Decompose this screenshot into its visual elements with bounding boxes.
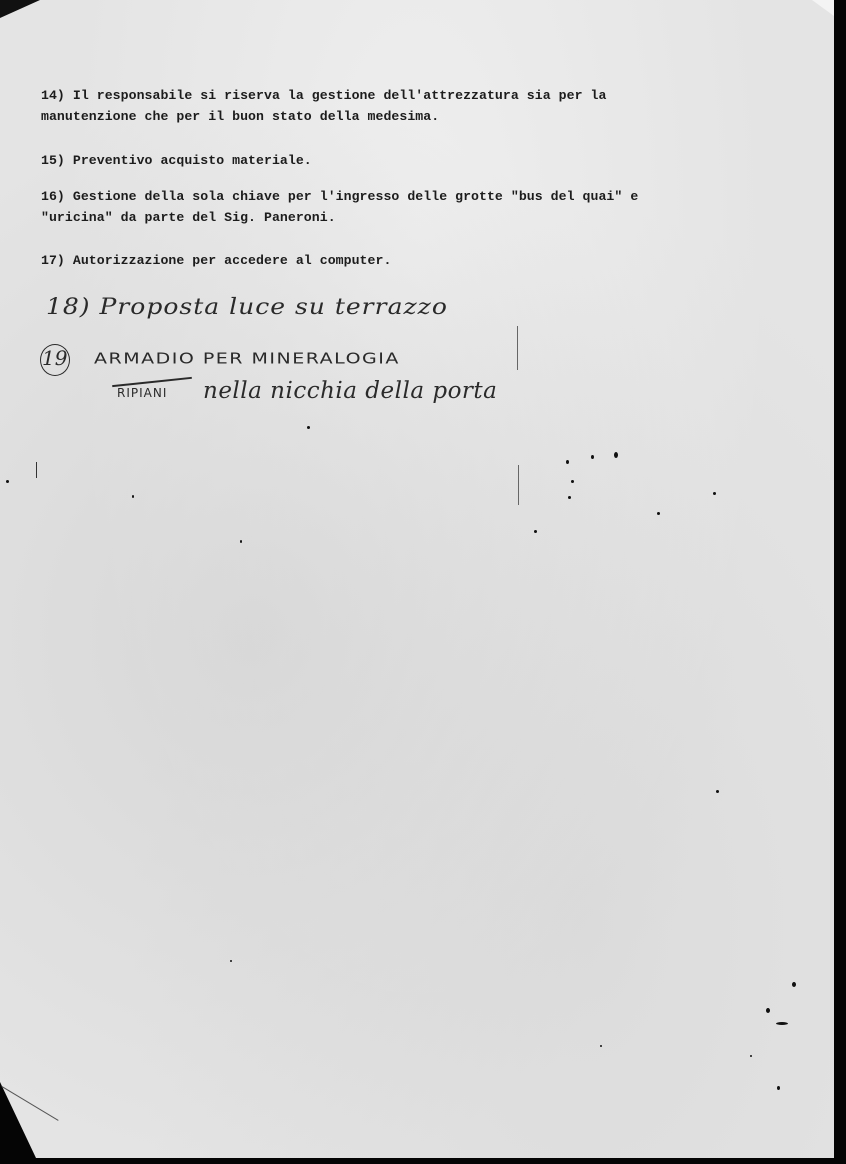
scan-speck: [566, 460, 569, 464]
scan-speck: [230, 960, 232, 962]
scan-scratch: [517, 326, 518, 370]
item-14-line-1: 14) Il responsabile si riserva la gestio…: [41, 88, 606, 103]
scan-speck: [240, 540, 242, 543]
scan-speck: [307, 426, 310, 429]
handwritten-item-19-number: 19: [42, 346, 67, 370]
scan-speck: [713, 492, 716, 495]
scan-speck: [591, 455, 594, 459]
handwritten-item-18: 18) Proposta luce su terrazzo: [46, 293, 448, 319]
scan-scratch: [36, 462, 37, 478]
scan-speck: [792, 982, 796, 987]
scan-speck: [614, 452, 618, 458]
typed-item-17: 17) Autorizzazione per accedere al compu…: [41, 250, 391, 271]
scan-scratch: [518, 465, 519, 505]
scan-speck: [716, 790, 719, 793]
scan-speck: [600, 1045, 602, 1047]
typed-item-15: 15) Preventivo acquisto materiale.: [41, 150, 312, 171]
scan-speck: [571, 480, 574, 483]
scan-speck: [777, 1086, 780, 1090]
item-16-line-1: 16) Gestione della sola chiave per l'ing…: [41, 189, 638, 204]
scan-border-corner: [812, 0, 834, 16]
item-16-line-2: "uricina" da parte del Sig. Paneroni.: [41, 210, 336, 225]
scan-speck: [750, 1055, 752, 1057]
scan-speck: [776, 1022, 788, 1025]
item-14-line-2: manutenzione che per il buon stato della…: [41, 109, 439, 124]
scan-speck: [568, 496, 571, 499]
scan-border-bottom: [0, 1158, 846, 1164]
handwritten-item-19-line-1: ARMADIO PER MINERALOGIA: [94, 350, 400, 368]
scan-speck: [657, 512, 660, 515]
handwritten-item-19-line-2: nella nicchia della porta: [203, 378, 497, 404]
item-17-line-1: 17) Autorizzazione per accedere al compu…: [41, 253, 391, 268]
item-15-line-1: 15) Preventivo acquisto materiale.: [41, 153, 312, 168]
scanned-page: 14) Il responsabile si riserva la gestio…: [0, 0, 836, 1158]
scan-speck: [534, 530, 537, 533]
scan-speck: [766, 1008, 770, 1013]
folded-corner: [0, 1082, 36, 1158]
scan-border-right: [834, 0, 846, 1164]
typed-item-14: 14) Il responsabile si riserva la gestio…: [41, 85, 606, 127]
scan-speck: [6, 480, 9, 483]
handwritten-item-19-label: RIPIANI: [117, 386, 167, 400]
scan-speck: [132, 495, 134, 498]
typed-item-16: 16) Gestione della sola chiave per l'ing…: [41, 186, 638, 228]
scan-border-corner: [0, 0, 40, 18]
